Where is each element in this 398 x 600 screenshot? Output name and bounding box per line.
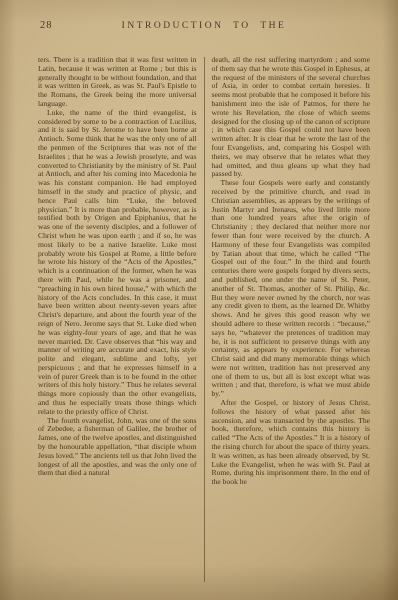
running-header: INTRODUCTION TO THE	[38, 21, 370, 31]
text-columns: ters. There is a tradition that it was f…	[38, 56, 370, 584]
page-header: 28 INTRODUCTION TO THE	[38, 20, 370, 36]
paragraph: death, all the rest suffering martyrdom …	[212, 56, 371, 179]
paragraph: These four Gospels were early and consta…	[212, 179, 371, 399]
left-column: ters. There is a tradition that it was f…	[38, 56, 204, 584]
right-column: death, all the rest suffering martyrdom …	[205, 56, 371, 584]
book-page: 28 INTRODUCTION TO THE ters. There is a …	[0, 0, 398, 600]
paragraph: ters. There is a tradition that it was f…	[38, 56, 197, 109]
paragraph: After the Gospel, or history of Jesus Ch…	[212, 399, 371, 487]
paragraph: Luke, the name of the third evangelist, …	[38, 109, 197, 417]
paragraph: The fourth evangelist, John, was one of …	[38, 417, 197, 479]
